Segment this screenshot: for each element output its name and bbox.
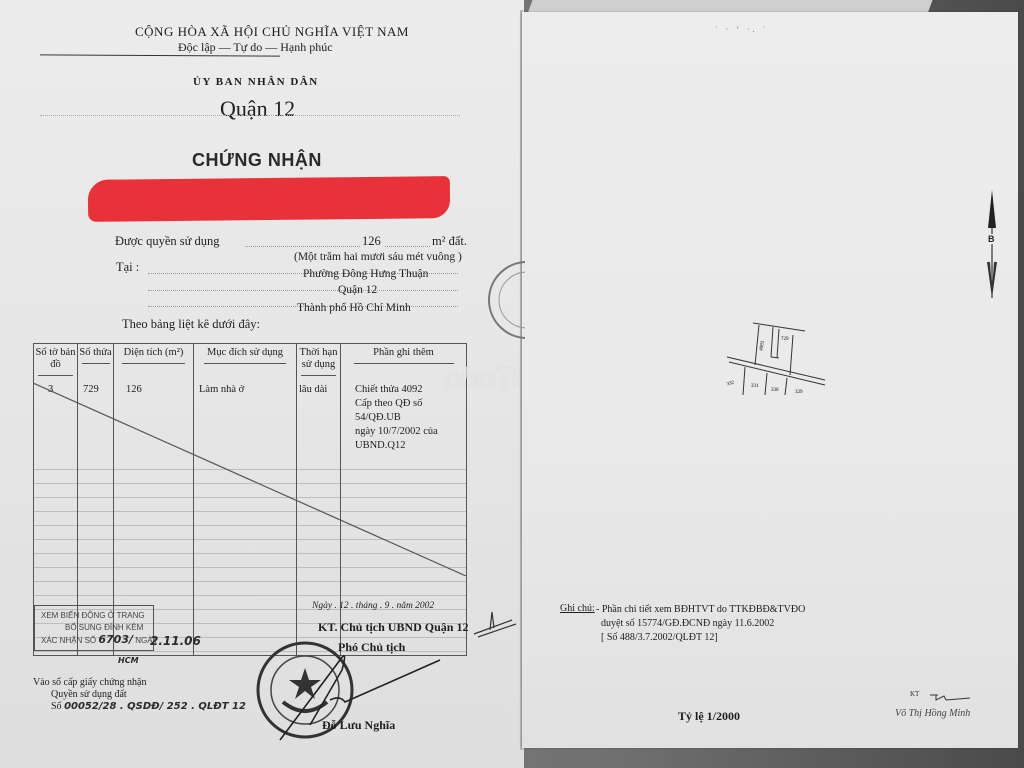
note-line: ngày 10/7/2002 của UBND.Q12 <box>355 425 461 453</box>
signer-name: Đỗ Lưu Nghĩa <box>322 718 395 733</box>
dotline <box>385 246 430 247</box>
partial-seal-icon <box>485 258 525 342</box>
col-header-area: Diện tích (m²) <box>114 344 194 380</box>
parcel-sketch-map: 4092 729 332 331 330 329 <box>715 305 835 395</box>
header-rule <box>40 54 280 56</box>
area-unit: m² đất. <box>432 234 467 249</box>
location-label: Tại : <box>116 260 139 275</box>
svg-text:4092: 4092 <box>759 340 766 351</box>
map-scale: Tỷ lệ 1/2000 <box>678 709 740 724</box>
north-arrow-icon <box>982 190 1002 300</box>
registration-line: Quyền sử dụng đất <box>33 689 246 701</box>
registration-block: Vào sổ cấp giấy chứng nhận Quyền sử dụng… <box>33 677 246 713</box>
note-line: [ Số 488/3.7.2002/QLĐT 12] <box>596 631 805 645</box>
issuing-body: ỦY BAN NHÂN DÂN <box>193 76 319 88</box>
stamp-confirm-line: XÁC NHẬN SỐ 6703/ NGÀY <box>41 634 147 647</box>
north-label: B <box>988 234 995 244</box>
area-in-words: (Một trăm hai mươi sáu mét vuông ) <box>294 251 462 263</box>
amendment-stamp: XEM BIẾN ĐỘNG Ở TRANG BỔ SUNG ĐÍNH KÈM X… <box>34 605 154 651</box>
national-title: CỘNG HÒA XÃ HỘI CHỦ NGHĨA VIỆT NAM <box>135 24 409 40</box>
surveyor-signature <box>930 693 970 701</box>
col-header-parcel: Số thửa <box>78 344 114 380</box>
area-value: 126 <box>362 234 381 249</box>
issue-date: Ngày . 12 . tháng . 9 . năm 2002 <box>312 601 434 611</box>
cell-map-sheet: 3 <box>34 380 78 456</box>
cell-term: lâu dài <box>297 380 341 456</box>
cell-purpose: Làm nhà ở <box>194 380 297 456</box>
pencil-scribble: ˙ · ʼ ·. ˙ <box>715 25 768 34</box>
registration-number: 00052/28 . QSDĐ/ 252 . QLĐT 12 <box>64 701 246 712</box>
table-row: 3 729 126 Làm nhà ở lâu dài Chiết thửa 4… <box>34 380 467 456</box>
stamp-initials: HCM <box>118 656 139 665</box>
svg-text:729: 729 <box>781 337 789 342</box>
col-header-map-sheet: Số tờ bản đồ <box>34 344 78 380</box>
district-dotline <box>40 115 460 116</box>
cell-area: 126 <box>114 380 194 456</box>
issuing-district: Quận 12 <box>220 96 295 122</box>
location-district: Quận 12 <box>338 284 377 296</box>
registration-line: Vào sổ cấp giấy chứng nhận <box>33 677 246 689</box>
svg-text:330: 330 <box>771 388 779 393</box>
dotline <box>245 246 360 247</box>
note-line: duyệt số 15774/GĐ.ĐCNĐ ngày 11.6.2002 <box>596 617 805 631</box>
table-header-row: Số tờ bản đồ Số thửa Diện tích (m²) Mục … <box>34 344 467 380</box>
col-header-purpose: Mục đích sử dụng <box>194 344 297 380</box>
note-label: Ghi chú: <box>560 603 595 614</box>
table-intro: Theo bảng liệt kê dưới đây: <box>122 317 260 332</box>
signer-title: KT. Chủ tịch UBND Quận 12 <box>318 620 468 635</box>
stamp-line: XEM BIẾN ĐỘNG Ở TRANG <box>41 610 147 622</box>
certificate-page-left: CỘNG HÒA XÃ HỘI CHỦ NGHĨA VIỆT NAM Độc l… <box>0 0 524 768</box>
svg-text:329: 329 <box>795 390 803 395</box>
stamp-confirm-number: 6703/ <box>98 633 133 646</box>
note-text: - Phần chi tiết xem BĐHTVT do TTKĐBĐ&TVĐ… <box>596 603 805 645</box>
note-line: - Phần chi tiết xem BĐHTVT do TTKĐBĐ&TVĐ… <box>596 603 805 617</box>
redacted-holder-name <box>88 176 450 222</box>
cell-parcel: 729 <box>78 380 114 456</box>
registration-number-line: Số 00052/28 . QSDĐ/ 252 . QLĐT 12 <box>33 701 246 713</box>
use-right-label: Được quyền sử dụng <box>115 234 220 249</box>
initial-signature <box>472 610 517 640</box>
stamp-date: 2.11.06 <box>150 634 201 648</box>
surveyor-name: Võ Thị Hồng Minh <box>895 708 970 719</box>
ward: Phường Đông Hưng Thuận <box>303 268 428 280</box>
col-header-term: Thời hạn sử dụng <box>297 344 341 380</box>
dotline <box>148 290 458 291</box>
surveyor-prefix: KT <box>910 690 919 698</box>
city: Thành phố Hồ Chí Minh <box>297 302 411 314</box>
note-line: Cấp theo QĐ số 54/QĐ.UB <box>355 397 461 425</box>
svg-text:332: 332 <box>726 381 735 388</box>
national-motto: Độc lập — Tự do — Hạnh phúc <box>178 40 333 55</box>
svg-text:331: 331 <box>751 384 759 389</box>
certificate-title: CHỨNG NHẬN <box>192 150 322 171</box>
